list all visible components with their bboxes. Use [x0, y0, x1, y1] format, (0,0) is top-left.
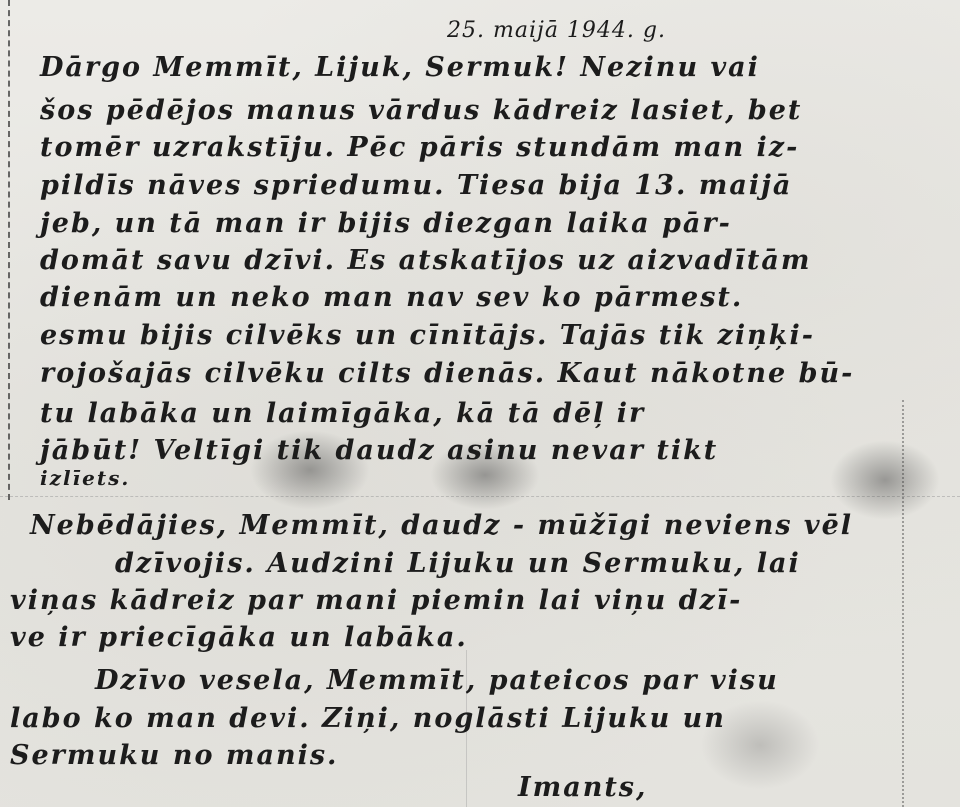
letter-line: šos pēdējos manus vārdus kādreiz lasiet,… — [40, 95, 802, 126]
letter-line: Dzīvo vesela, Memmīt, pateicos par visu — [95, 665, 779, 696]
letter-line: jeb, un tā man ir bijis diezgan laika pā… — [40, 208, 732, 239]
letter-line: dzīvojis. Audzini Lijuku un Sermuku, lai — [115, 548, 801, 579]
letter-line: Dārgo Memmīt, Lijuk, Sermuk! Nezinu vai — [40, 52, 760, 83]
letter-line: izlīets. — [40, 466, 130, 490]
letter-signature: Imants, — [518, 772, 647, 803]
letter-line: tomēr uzrakstīju. Pēc pāris stundām man … — [40, 132, 799, 163]
letter-line: Nebēdājies, Memmīt, daudz - mūžīgi nevie… — [30, 510, 853, 541]
letter-line: dienām un neko man nav sev ko pārmest. — [40, 282, 743, 313]
letter-line: tu labāka un laimīgāka, kā tā dēļ ir — [40, 398, 645, 429]
letter-line: labo ko man devi. Ziņi, noglāsti Lijuku … — [10, 703, 726, 734]
letter-line: esmu bijis cilvēks un cīnītājs. Tajās ti… — [40, 320, 815, 351]
letter-date: 25. maijā 1944. g. — [447, 18, 666, 43]
letter-line: rojošajās cilvēku cilts dienās. Kaut nāk… — [40, 358, 854, 389]
letter-line: Sermuku no manis. — [10, 740, 338, 771]
letter-line: viņas kādreiz par mani piemin lai viņu d… — [10, 585, 742, 616]
letter-line: ve ir priecīgāka un labāka. — [10, 622, 468, 653]
ink-smudge — [830, 440, 940, 520]
fold-line-left — [8, 0, 10, 500]
letter-line: jābūt! Veltīgi tik daudz asinu nevar tik… — [40, 435, 718, 466]
letter-line: pildīs nāves spriedumu. Tiesa bija 13. m… — [40, 170, 792, 201]
letter-line: domāt savu dzīvi. Es atskatījos uz aizva… — [40, 245, 811, 276]
